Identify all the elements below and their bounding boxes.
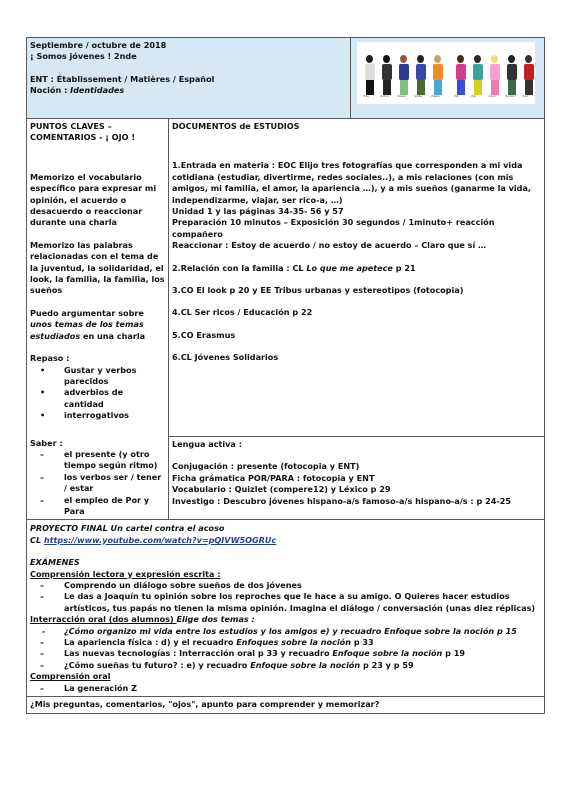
figure-caption: Rapero: [398, 91, 407, 102]
figure-caption: Hippie: [432, 91, 440, 102]
youtube-link[interactable]: https://www.youtube.com/watch?v=pQIVW5OG…: [44, 535, 276, 545]
lengua-line: Conjugación : presente (fotocopia y ENT): [172, 461, 541, 472]
footer-row: ¿Mis preguntas, comentarios, "ojos", apu…: [27, 697, 545, 714]
unit-title: ¡ Somos jóvenes ! 2nde: [30, 51, 347, 62]
comprension-oral-list: La generación Z: [30, 683, 541, 694]
repaso-list: Gustar y verbos parecidos adverbios de c…: [30, 365, 165, 422]
figure-icon: [456, 55, 466, 95]
goal-words: Memorizo las palabras relacionadas con e…: [30, 240, 165, 297]
lesson-sheet: Septiembre / octubre de 2018 ¡ Somos jóv…: [26, 37, 544, 714]
list-item: La generación Z: [64, 683, 541, 694]
list-item: ¿Cómo sueñas tu futuro? : e) y recuadro …: [64, 660, 541, 671]
doc-1: 1.Entrada en materia : EOC Elijo tres fo…: [172, 160, 541, 206]
list-item: Le das a Joaquín tu opinión sobre los re…: [64, 591, 541, 614]
figure-caption: Skater: [415, 91, 423, 102]
interaccion-heading: Interracción oral (dos alumnos) Elige do…: [30, 614, 541, 625]
proyecto-examenes-row: PROYECTO FINAL Un cartel contra el acoso…: [27, 520, 545, 697]
doc-1-prep: Preparación 10 minutos – Exposición 30 s…: [172, 217, 541, 240]
examenes-title: EXÁMENES: [30, 557, 541, 568]
figure-caption: Punk: [523, 91, 529, 102]
interaccion-list: ¿Cómo organizo mi vida entre los estudio…: [30, 626, 541, 672]
proyecto-examenes-cell: PROYECTO FINAL Un cartel contra el acoso…: [27, 520, 545, 697]
figure-icon: [416, 55, 426, 95]
comprension-lectora-list: Comprendo un diálogo sobre sueños de dos…: [30, 580, 541, 614]
goal-argue: Puedo argumentar sobre unos temas de los…: [30, 308, 165, 342]
figure-icon: [382, 55, 392, 95]
figure-icon: [399, 55, 409, 95]
header-info: Septiembre / octubre de 2018 ¡ Somos jóv…: [27, 38, 350, 118]
figure-caption: Gótica: [381, 91, 389, 102]
doc-3: 3.CO El look p 20 y EE Tribus urbanas y …: [172, 285, 541, 296]
figure-caption: Pija: [472, 91, 476, 102]
figure-icon: [473, 55, 483, 95]
goal-vocabulary: Memorizo el vocabulario específico para …: [30, 172, 165, 229]
list-item: adverbios de cantidad: [64, 387, 165, 410]
figure-caption: Pijo: [455, 91, 459, 102]
list-item: ¿Cómo organizo mi vida entre los estudio…: [64, 626, 541, 637]
list-item: Comprendo un diálogo sobre sueños de dos…: [64, 580, 541, 591]
comprension-oral-title: Comprensión oral: [30, 671, 541, 682]
list-item: La apariencia física : d) y el recuadro …: [64, 637, 541, 648]
header-illustration-cell: EmoGóticaRaperoSkaterHippiePijoPijaChoni…: [350, 38, 545, 118]
figure-icon: [365, 55, 375, 95]
header-row: Septiembre / octubre de 2018 ¡ Somos jóv…: [27, 38, 545, 119]
doc-1-react: Reaccionar : Estoy de acuerdo / no estoy…: [172, 240, 541, 251]
lesson-table: Septiembre / octubre de 2018 ¡ Somos jóv…: [26, 37, 545, 714]
list-item: Gustar y verbos parecidos: [64, 365, 165, 388]
documents-cell: DOCUMENTOS de ESTUDIOS 1.Entrada en mate…: [169, 119, 545, 437]
list-item: el empleo de Por y Para: [64, 495, 165, 518]
doc-5: 5.CO Erasmus: [172, 330, 541, 341]
lengua-line: Investigo : Descubro jóvenes hispano-a/s…: [172, 496, 541, 507]
doc-2: 2.Relación con la familia : CL Lo que me…: [172, 263, 541, 274]
proyecto-link-line: CL https://www.youtube.com/watch?v=pQIVW…: [30, 535, 541, 546]
figure-icon: [524, 55, 534, 95]
comprension-lectora-title: Comprensión lectora y expresión escrita …: [30, 569, 541, 580]
list-item: interrogativos: [64, 410, 165, 421]
doc-1-unit: Unidad 1 y las páginas 34-35- 56 y 57: [172, 206, 541, 217]
figure-icon: [507, 55, 517, 95]
lengua-activa-cell: Lengua activa : Conjugación : presente (…: [169, 437, 545, 520]
figure-caption: Rockero: [506, 91, 516, 102]
list-item: los verbos ser / tener / estar: [64, 472, 165, 495]
lengua-line: Vocabulario : Quizlet (compere12) y Léxi…: [172, 484, 541, 495]
figure-icon: [433, 55, 443, 95]
key-points-title: PUNTOS CLAVES – COMENTARIOS - ¡ OJO !: [30, 121, 165, 144]
notion-value: Identidades: [70, 85, 124, 95]
list-item: el presente (y otro tiempo según ritmo): [64, 449, 165, 472]
lengua-line: Ficha grámatica POR/PARA : fotocopia y E…: [172, 473, 541, 484]
main-row: PUNTOS CLAVES – COMENTARIOS - ¡ OJO ! Me…: [27, 119, 545, 437]
key-points-cell: PUNTOS CLAVES – COMENTARIOS - ¡ OJO ! Me…: [27, 119, 169, 520]
ent-path: ENT : Établissement / Matières / Español: [30, 74, 347, 85]
figure-icon: [490, 55, 500, 95]
doc-6: 6.CL Jóvenes Solidarios: [172, 352, 541, 363]
figure-caption: Emo: [364, 91, 370, 102]
youth-tribes-illustration: EmoGóticaRaperoSkaterHippiePijoPijaChoni…: [357, 42, 535, 104]
notion: Noción : Identidades: [30, 85, 347, 96]
saber-list: el presente (y otro tiempo según ritmo) …: [30, 449, 165, 517]
date-label: Septiembre / octubre de 2018: [30, 40, 347, 51]
footer-question: ¿Mis preguntas, comentarios, "ojos", apu…: [27, 697, 545, 714]
figure-caption: Choni: [489, 91, 496, 102]
repaso-title: Repaso :: [30, 353, 165, 364]
documents-title: DOCUMENTOS de ESTUDIOS: [172, 121, 541, 132]
lengua-title: Lengua activa :: [172, 439, 541, 450]
list-item: Las nuevas tecnologías : Interracción or…: [64, 648, 541, 659]
saber-title: Saber :: [30, 438, 165, 449]
proyecto-title: PROYECTO FINAL Un cartel contra el acoso: [30, 523, 541, 534]
doc-4: 4.CL Ser ricos / Educación p 22: [172, 307, 541, 318]
